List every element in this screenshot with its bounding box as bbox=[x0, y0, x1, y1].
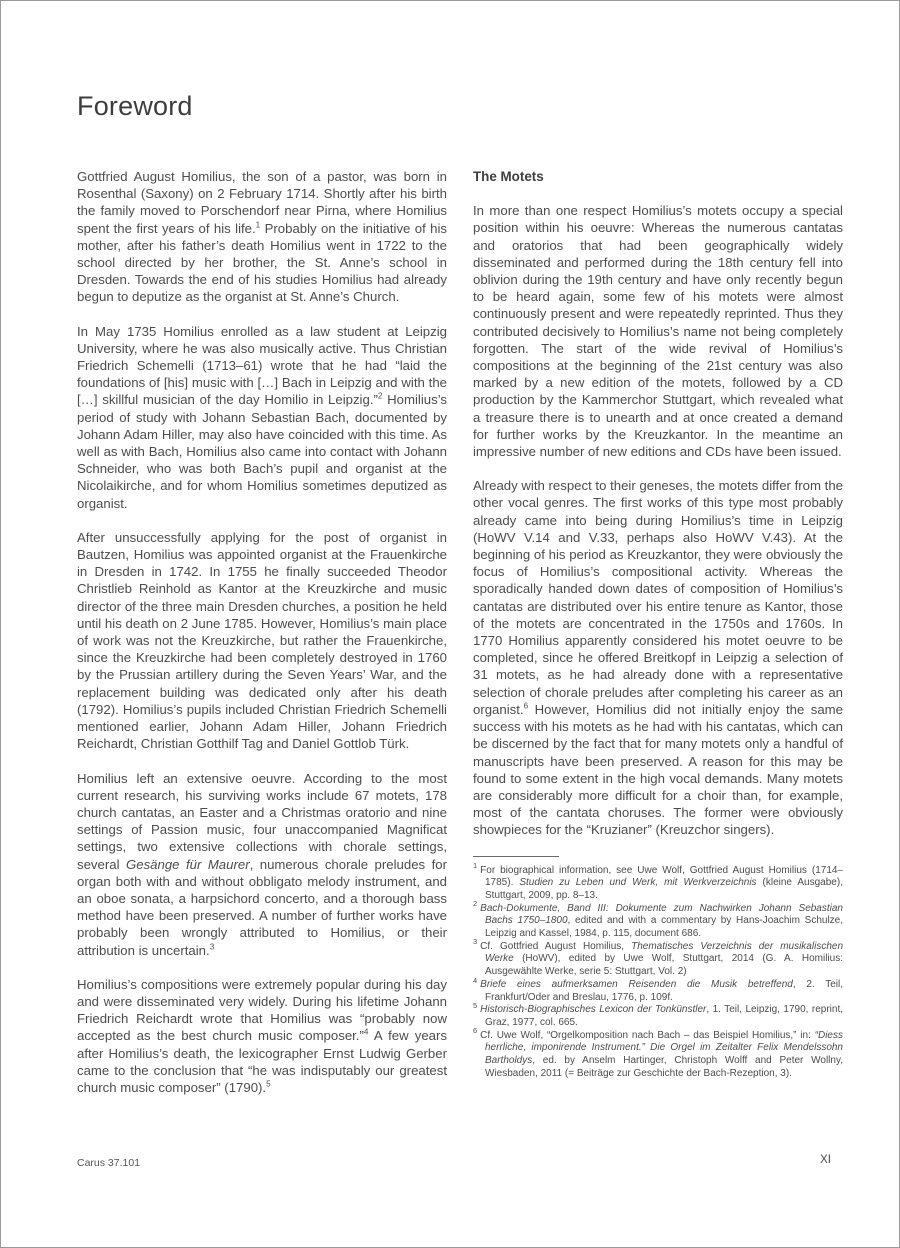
paragraph-reputation: Homilius’s compositions were extremely p… bbox=[77, 976, 447, 1096]
paragraph-dresden-career: After unsuccessfully applying for the po… bbox=[77, 529, 447, 753]
footnote-text: Cf. Gottfried August Homilius, Thematisc… bbox=[480, 941, 843, 977]
footnote-text: Bach-Dokumente, Band III: Dokumente zum … bbox=[480, 903, 843, 939]
footnote-text: Historisch-Biographisches Lexicon der To… bbox=[480, 1004, 843, 1028]
footnote-text: Briefe eines aufmerksamen Reisenden die … bbox=[480, 979, 843, 1003]
right-column: The Motets In more than one respect Homi… bbox=[473, 168, 843, 1113]
paragraph-biography-birth: Gottfried August Homilius, the son of a … bbox=[77, 168, 447, 306]
footnote-separator bbox=[473, 856, 559, 857]
document-page: Foreword Gottfried August Homilius, the … bbox=[0, 0, 900, 1248]
footnote-text: For biographical information, see Uwe Wo… bbox=[480, 865, 843, 901]
page-number: XI bbox=[820, 1154, 831, 1166]
footnote: 4Briefe eines aufmerksamen Reisenden die… bbox=[473, 979, 843, 1004]
page-title: Foreword bbox=[77, 91, 843, 122]
footnote: 1For biographical information, see Uwe W… bbox=[473, 865, 843, 903]
footnote: 5Historisch-Biographisches Lexicon der T… bbox=[473, 1004, 843, 1029]
catalog-number: Carus 37.101 bbox=[77, 1157, 140, 1169]
footnote: 3Cf. Gottfried August Homilius, Thematis… bbox=[473, 941, 843, 979]
section-heading-motets: The Motets bbox=[473, 168, 843, 185]
paragraph-leipzig-studies: In May 1735 Homilius enrolled as a law s… bbox=[77, 323, 447, 512]
footnote: 6Cf. Uwe Wolf, “Orgelkomposition nach Ba… bbox=[473, 1030, 843, 1081]
two-column-layout: Gottfried August Homilius, the son of a … bbox=[77, 168, 843, 1113]
footnote-text: Cf. Uwe Wolf, “Orgelkomposition nach Bac… bbox=[480, 1030, 843, 1079]
footnote: 2Bach-Dokumente, Band III: Dokumente zum… bbox=[473, 903, 843, 941]
page-content: Foreword Gottfried August Homilius, the … bbox=[77, 91, 843, 1113]
paragraph-motets-geneses: Already with respect to their geneses, t… bbox=[473, 477, 843, 838]
footnotes-block: 1For biographical information, see Uwe W… bbox=[473, 856, 843, 1081]
left-column: Gottfried August Homilius, the son of a … bbox=[77, 168, 447, 1113]
paragraph-oeuvre: Homilius left an extensive oeuvre. Accor… bbox=[77, 770, 447, 959]
paragraph-motets-position: In more than one respect Homilius’s mote… bbox=[473, 202, 843, 460]
